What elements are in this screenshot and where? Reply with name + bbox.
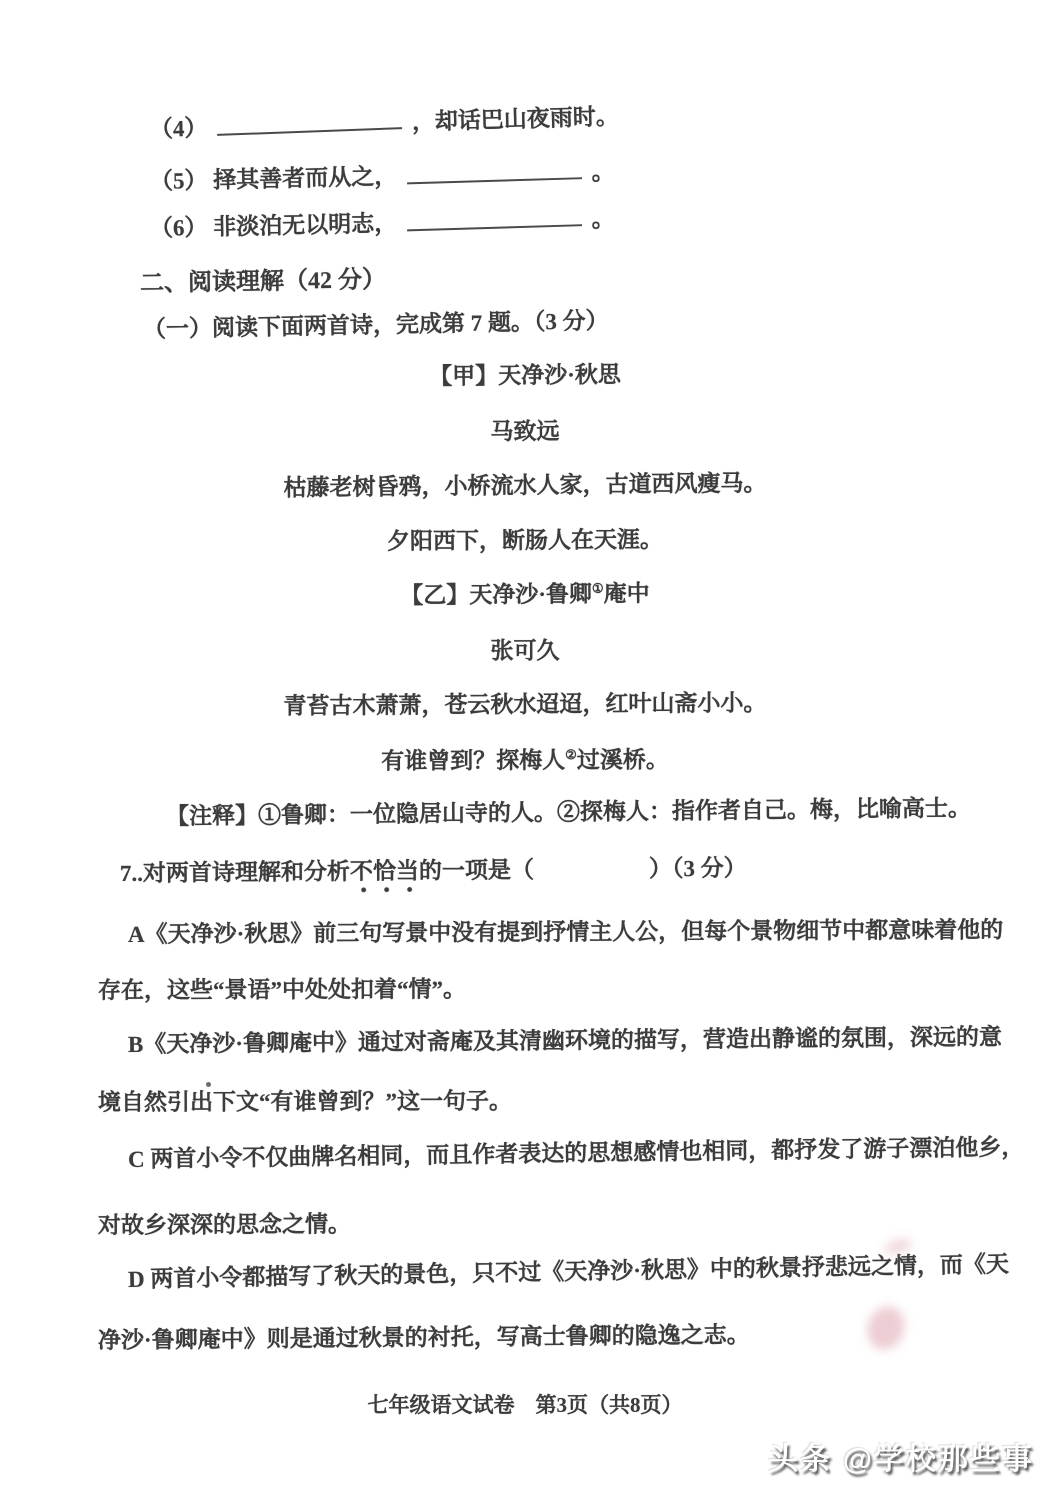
question-7-emphasis: 不恰当 <box>350 858 419 894</box>
fill-in-label: （6） <box>150 215 208 241</box>
poem-jia-title: 【甲】天净沙·秋思 <box>0 357 1050 397</box>
poem-notes: 【注释】①鲁卿：一位隐居山寺的人。②探梅人：指作者自己。梅，比喻高士。 <box>166 795 971 832</box>
option-b-line-1: B《天净沙·鲁卿庵中》通过对斋庵及其清幽环境的描写，营造出静谧的氛围，深远的意 <box>128 1023 1002 1059</box>
section-heading: 二、阅读理解（42 分） <box>140 265 386 299</box>
scan-speck <box>206 1082 211 1087</box>
poem-jia-line-2: 夕阳西下，断肠人在天涯。 <box>0 523 1050 559</box>
fill-in-item-5: （5） 择其善者而从之， 。 <box>150 158 615 196</box>
option-d-line-2: 净沙·鲁卿庵中》则是通过秋景的衬托，写高士鲁卿的隐逸之志。 <box>98 1321 750 1355</box>
question-7-suffix: 的一项是（ ）（3 分） <box>419 856 747 884</box>
answer-blank <box>407 173 582 184</box>
option-c-line-2: 对故乡深深的思念之情。 <box>98 1211 351 1241</box>
poem-yi-title-text: 【乙】天净沙·鲁卿 <box>400 581 592 608</box>
watermark-text: 头条 @学校那些事 <box>768 1434 1034 1478</box>
poem-yi-title: 【乙】天净沙·鲁卿①庵中 <box>0 576 1050 614</box>
question-7: 7..对两首诗理解和分析不恰当的一项是（ ）（3 分） <box>120 855 747 889</box>
fill-in-label: （5） <box>150 168 208 194</box>
fill-in-text: 非淡泊无以明志， <box>213 211 397 240</box>
option-a-line-2: 存在，这些“景语”中处处扣着“情”。 <box>98 976 466 1006</box>
fill-in-label: （4） <box>150 115 208 142</box>
option-c-line-1: C 两首小令不仅曲牌名相同，而且作者表达的思想感情也相同，都抒发了游子漂泊他乡， <box>128 1133 1025 1174</box>
option-a-line-1: A《天净沙·秋思》前三句写景中没有提到抒情主人公，但每个景物细节中都意味着他的 <box>128 916 1003 949</box>
poem-yi-line-1: 青苔古木萧萧，苍云秋水迢迢，红叶山斋小小。 <box>0 687 1050 723</box>
option-d-line-1: D 两首小令都描写了秋天的景色，只不过《天净沙·秋思》中的秋景抒悲远之情，而《天 <box>128 1251 1009 1295</box>
answer-blank <box>407 220 582 231</box>
poem-yi-line-2-tail: 过溪桥。 <box>577 747 669 772</box>
footnote-marker-2: ② <box>565 747 577 762</box>
answer-blank <box>217 123 402 136</box>
fill-in-item-4: （4） ，却话巴山夜雨时。 <box>150 103 620 145</box>
poem-jia-line-1: 枯藤老树昏鸦，小桥流水人家，古道西风瘦马。 <box>0 467 1050 507</box>
poem-jia-author: 马致远 <box>0 414 1050 450</box>
footnote-marker-1: ① <box>592 581 604 596</box>
poem-yi-line-2: 有谁曾到？探梅人②过溪桥。 <box>0 744 1050 778</box>
fill-in-text: 。 <box>591 206 615 231</box>
exam-page: （4） ，却话巴山夜雨时。 （5） 择其善者而从之， 。 （6） 非淡泊无以明志… <box>0 0 1050 1486</box>
poem-yi-line-2-text: 有谁曾到？探梅人 <box>381 748 565 774</box>
page-footer: 七年级语文试卷 第3页（共8页） <box>0 1392 1050 1418</box>
fill-in-item-6: （6） 非淡泊无以明志， 。 <box>150 205 615 243</box>
fill-in-text: 择其善者而从之， <box>213 164 397 193</box>
question-7-prefix: 7..对两首诗理解和分析 <box>120 859 350 886</box>
pink-smudge-large <box>862 1301 911 1355</box>
poem-yi-title-tail: 庵中 <box>604 581 650 606</box>
poem-yi-author: 张可久 <box>0 637 1050 666</box>
subsection-heading: （一）阅读下面两首诗，完成第 7 题。（3 分） <box>143 307 609 345</box>
fill-in-text: 。 <box>591 159 615 184</box>
fill-in-text: ，却话巴山夜雨时。 <box>412 104 620 135</box>
option-b-line-2: 境自然引出下文“有谁曾到？”这一句子。 <box>98 1088 512 1118</box>
